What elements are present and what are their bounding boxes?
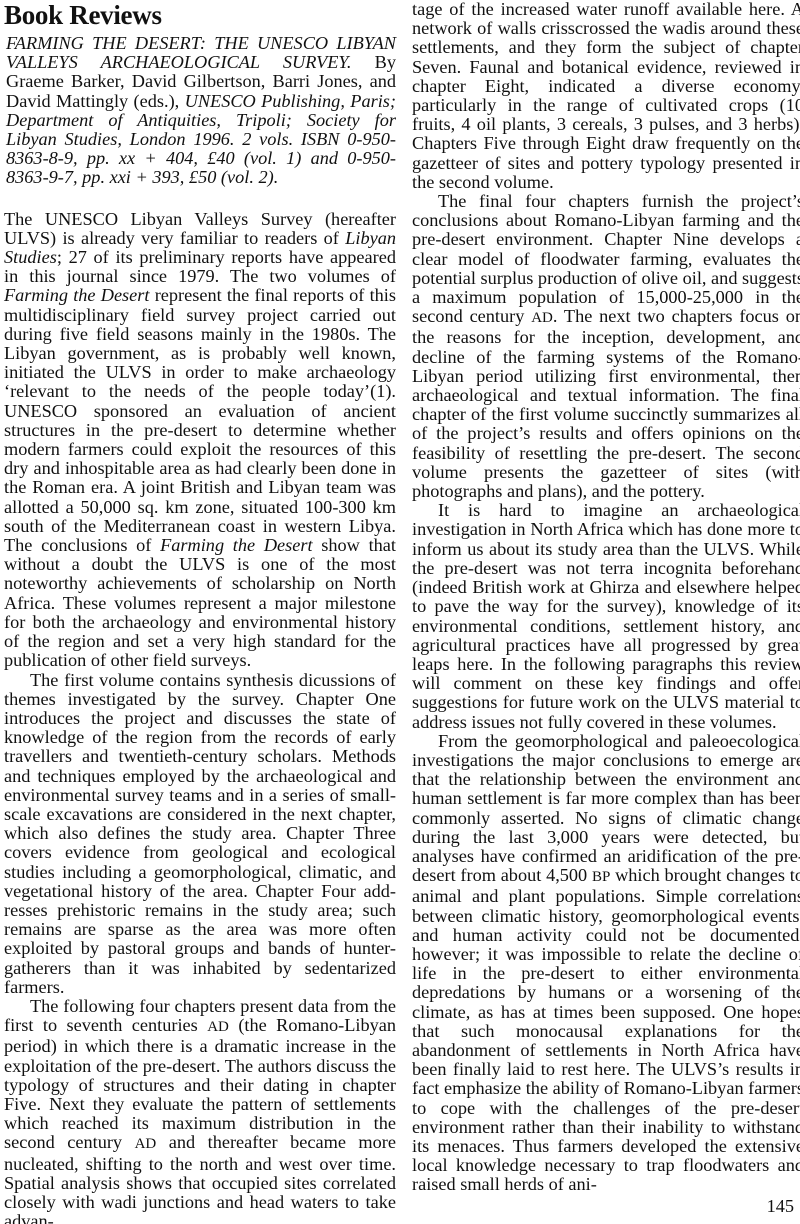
paragraph-assessment: It is hard to imagine an archaeological … <box>412 501 800 731</box>
paragraph-geomorphology: From the geomorphological and paleoecolo… <box>412 732 800 1195</box>
paragraph-continued: tage of the increased water runoff avail… <box>412 0 800 192</box>
journal-page: Book Reviews FARMING THE DESERT: THE UNE… <box>0 0 800 1224</box>
book-citation: FARMING THE DESERT: THE UNESCO LIBYAN VA… <box>6 34 396 188</box>
citation-by: By <box>375 52 396 72</box>
paragraph-final-chapters: The final four chapters furnish the proj… <box>412 192 800 501</box>
left-column: Book Reviews FARMING THE DESERT: THE UNE… <box>4 0 396 1224</box>
book-title: FARMING THE DESERT: THE UNESCO LIBYAN VA… <box>6 33 396 72</box>
paragraph-first-volume: The first volume contains synthesis dicu… <box>4 671 396 997</box>
page-number: 145 <box>767 1196 794 1216</box>
paragraph-intro: The UNESCO Libyan Valleys Survey (hereaf… <box>4 210 396 671</box>
paragraph-following-chapters: The following four chapters present data… <box>4 997 396 1224</box>
right-column: tage of the increased water runoff avail… <box>412 0 800 1195</box>
spacer <box>4 188 396 210</box>
section-title: Book Reviews <box>4 0 396 30</box>
